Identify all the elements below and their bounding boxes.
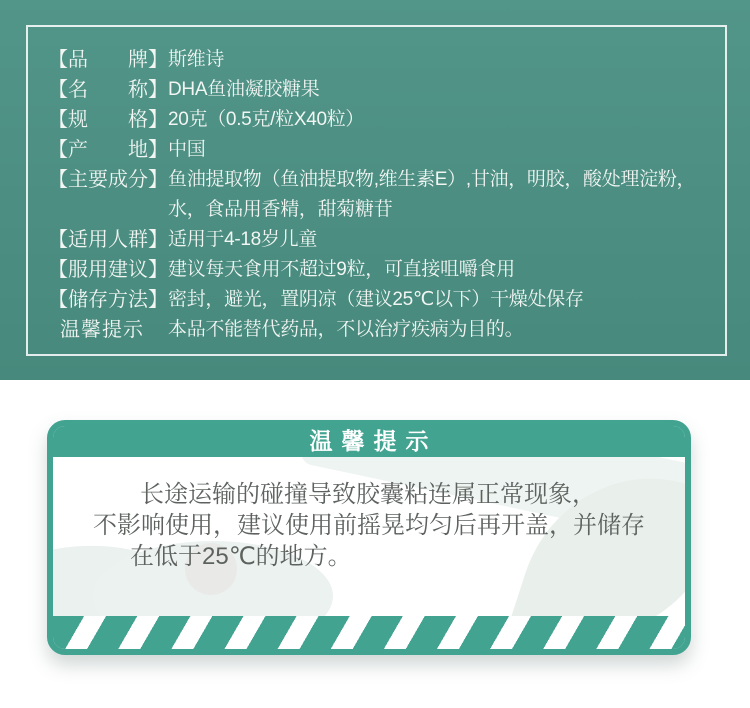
info-row-label: 【规格】 bbox=[48, 105, 168, 135]
info-row-dosage: 【服用建议】 建议每天食用不超过9粒，可直接咀嚼食用 bbox=[48, 255, 713, 285]
stripe-band bbox=[53, 616, 685, 649]
info-row-value: DHA鱼油凝胶糖果 bbox=[168, 75, 713, 105]
info-row-ingredients: 【主要成分】 鱼油提取物（鱼油提取物,维生素E）,甘油，明胶，酸处理淀粉， 水，… bbox=[48, 165, 713, 225]
bracket-close: 】 bbox=[148, 135, 168, 165]
lower-background: 温馨提示 长途运输的碰撞导致胶囊粘连属正常现象， 不影响使用，建议使用前摇晃均匀… bbox=[0, 380, 750, 708]
info-row-label: 【品牌】 bbox=[48, 45, 168, 75]
info-row-label: 【适用人群】 bbox=[48, 225, 168, 255]
bracket-open: 【 bbox=[48, 45, 68, 75]
bracket-open: 【 bbox=[48, 225, 68, 255]
info-row-brand: 【品牌】 斯维诗 bbox=[48, 45, 713, 75]
tip-text-line: 长途运输的碰撞导致胶囊粘连属正常现象， bbox=[53, 479, 685, 510]
info-row-origin: 【产地】 中国 bbox=[48, 135, 713, 165]
tip-card-body: 长途运输的碰撞导致胶囊粘连属正常现象， 不影响使用，建议使用前摇晃均匀后再开盖，… bbox=[53, 457, 685, 616]
info-row-label-text: 适用人群 bbox=[68, 225, 148, 255]
info-row-label-text: 储存方法 bbox=[68, 285, 148, 315]
bracket-open: 【 bbox=[48, 135, 68, 165]
info-row-value: 斯维诗 bbox=[168, 45, 713, 75]
product-info-panel: 【品牌】 斯维诗 【名称】 DHA鱼油凝胶糖果 【规格】 20克（0.5克/粒X… bbox=[26, 25, 727, 356]
info-row-spec: 【规格】 20克（0.5克/粒X40粒） bbox=[48, 105, 713, 135]
info-row-label: 温馨提示 bbox=[48, 315, 168, 345]
info-row-label: 【名称】 bbox=[48, 75, 168, 105]
tip-card-header: 温馨提示 bbox=[53, 426, 685, 457]
bracket-close: 】 bbox=[148, 45, 168, 75]
info-row-label-text: 主要成分 bbox=[68, 165, 148, 225]
bracket-open: 【 bbox=[48, 285, 68, 315]
info-row-label-text: 产地 bbox=[68, 135, 148, 165]
info-row-value: 适用于4-18岁儿童 bbox=[168, 225, 713, 255]
bracket-close: 】 bbox=[148, 285, 168, 315]
bracket-open: 【 bbox=[48, 105, 68, 135]
info-row-value: 鱼油提取物（鱼油提取物,维生素E）,甘油，明胶，酸处理淀粉， 水，食品用香精，甜… bbox=[168, 165, 713, 225]
bracket-close: 】 bbox=[148, 165, 168, 225]
info-row-storage: 【储存方法】 密封，避光，置阴凉（建议25℃以下）干燥处保存 bbox=[48, 285, 713, 315]
info-row-label: 【储存方法】 bbox=[48, 285, 168, 315]
bracket-open: 【 bbox=[48, 75, 68, 105]
info-row-label-text: 服用建议 bbox=[68, 255, 148, 285]
info-row-value: 本品不能替代药品，不以治疗疾病为目的。 bbox=[168, 315, 713, 345]
bracket-open: 【 bbox=[48, 165, 68, 225]
info-row-label: 【产地】 bbox=[48, 135, 168, 165]
info-row-notice: 温馨提示 本品不能替代药品，不以治疗疾病为目的。 bbox=[48, 315, 713, 345]
info-row-label: 【主要成分】 bbox=[48, 165, 168, 225]
bracket-close: 】 bbox=[148, 105, 168, 135]
info-row-label: 【服用建议】 bbox=[48, 255, 168, 285]
bracket-close: 】 bbox=[148, 225, 168, 255]
info-row-value: 建议每天食用不超过9粒，可直接咀嚼食用 bbox=[168, 255, 713, 285]
bracket-close: 】 bbox=[148, 255, 168, 285]
tip-card-title: 温馨提示 bbox=[310, 428, 438, 454]
info-row-value: 20克（0.5克/粒X40粒） bbox=[168, 105, 713, 135]
teal-background: 【品牌】 斯维诗 【名称】 DHA鱼油凝胶糖果 【规格】 20克（0.5克/粒X… bbox=[0, 0, 750, 380]
tip-text-line: 不影响使用，建议使用前摇晃均匀后再开盖，并储存 bbox=[53, 510, 685, 541]
info-row-name: 【名称】 DHA鱼油凝胶糖果 bbox=[48, 75, 713, 105]
info-row-value: 密封，避光，置阴凉（建议25℃以下）干燥处保存 bbox=[168, 285, 713, 315]
tip-text-line: 在低于25℃的地方。 bbox=[53, 541, 685, 572]
info-row-label-text: 名称 bbox=[68, 75, 148, 105]
bracket-open: 【 bbox=[48, 255, 68, 285]
tip-card: 温馨提示 长途运输的碰撞导致胶囊粘连属正常现象， 不影响使用，建议使用前摇晃均匀… bbox=[47, 420, 691, 655]
info-row-value: 中国 bbox=[168, 135, 713, 165]
info-row-label-text: 品牌 bbox=[68, 45, 148, 75]
product-detail-page: 【品牌】 斯维诗 【名称】 DHA鱼油凝胶糖果 【规格】 20克（0.5克/粒X… bbox=[0, 0, 750, 708]
info-row-audience: 【适用人群】 适用于4-18岁儿童 bbox=[48, 225, 713, 255]
bracket-close: 】 bbox=[148, 75, 168, 105]
info-row-label-text: 规格 bbox=[68, 105, 148, 135]
